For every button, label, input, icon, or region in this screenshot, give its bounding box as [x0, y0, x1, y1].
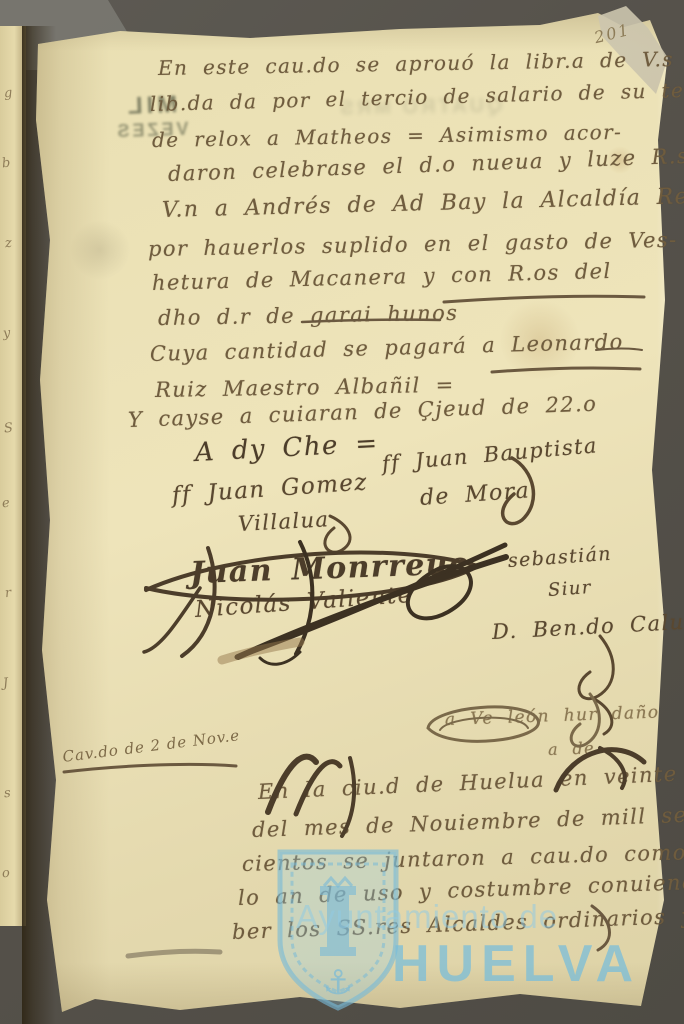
left-page-fragment: r: [4, 586, 12, 602]
signature-rubric: a de: [548, 738, 596, 759]
signature: Siur: [547, 577, 592, 601]
left-page-fragment: S: [3, 421, 13, 437]
left-page-fragment: e: [1, 496, 10, 512]
left-page-fragment: y: [2, 326, 11, 342]
left-page-fragment: z: [4, 236, 12, 252]
left-page-fragment: J: [2, 676, 9, 691]
signature: Villalua: [237, 507, 330, 536]
left-page-fragment: g: [3, 86, 13, 102]
left-page-fragment: s: [3, 786, 11, 802]
left-page-fragment: o: [1, 866, 10, 882]
left-page-fragment: b: [1, 156, 11, 172]
manuscript-scan: g b z y S e r J s o MIL VEZES QUATRO MRS…: [0, 0, 684, 1024]
